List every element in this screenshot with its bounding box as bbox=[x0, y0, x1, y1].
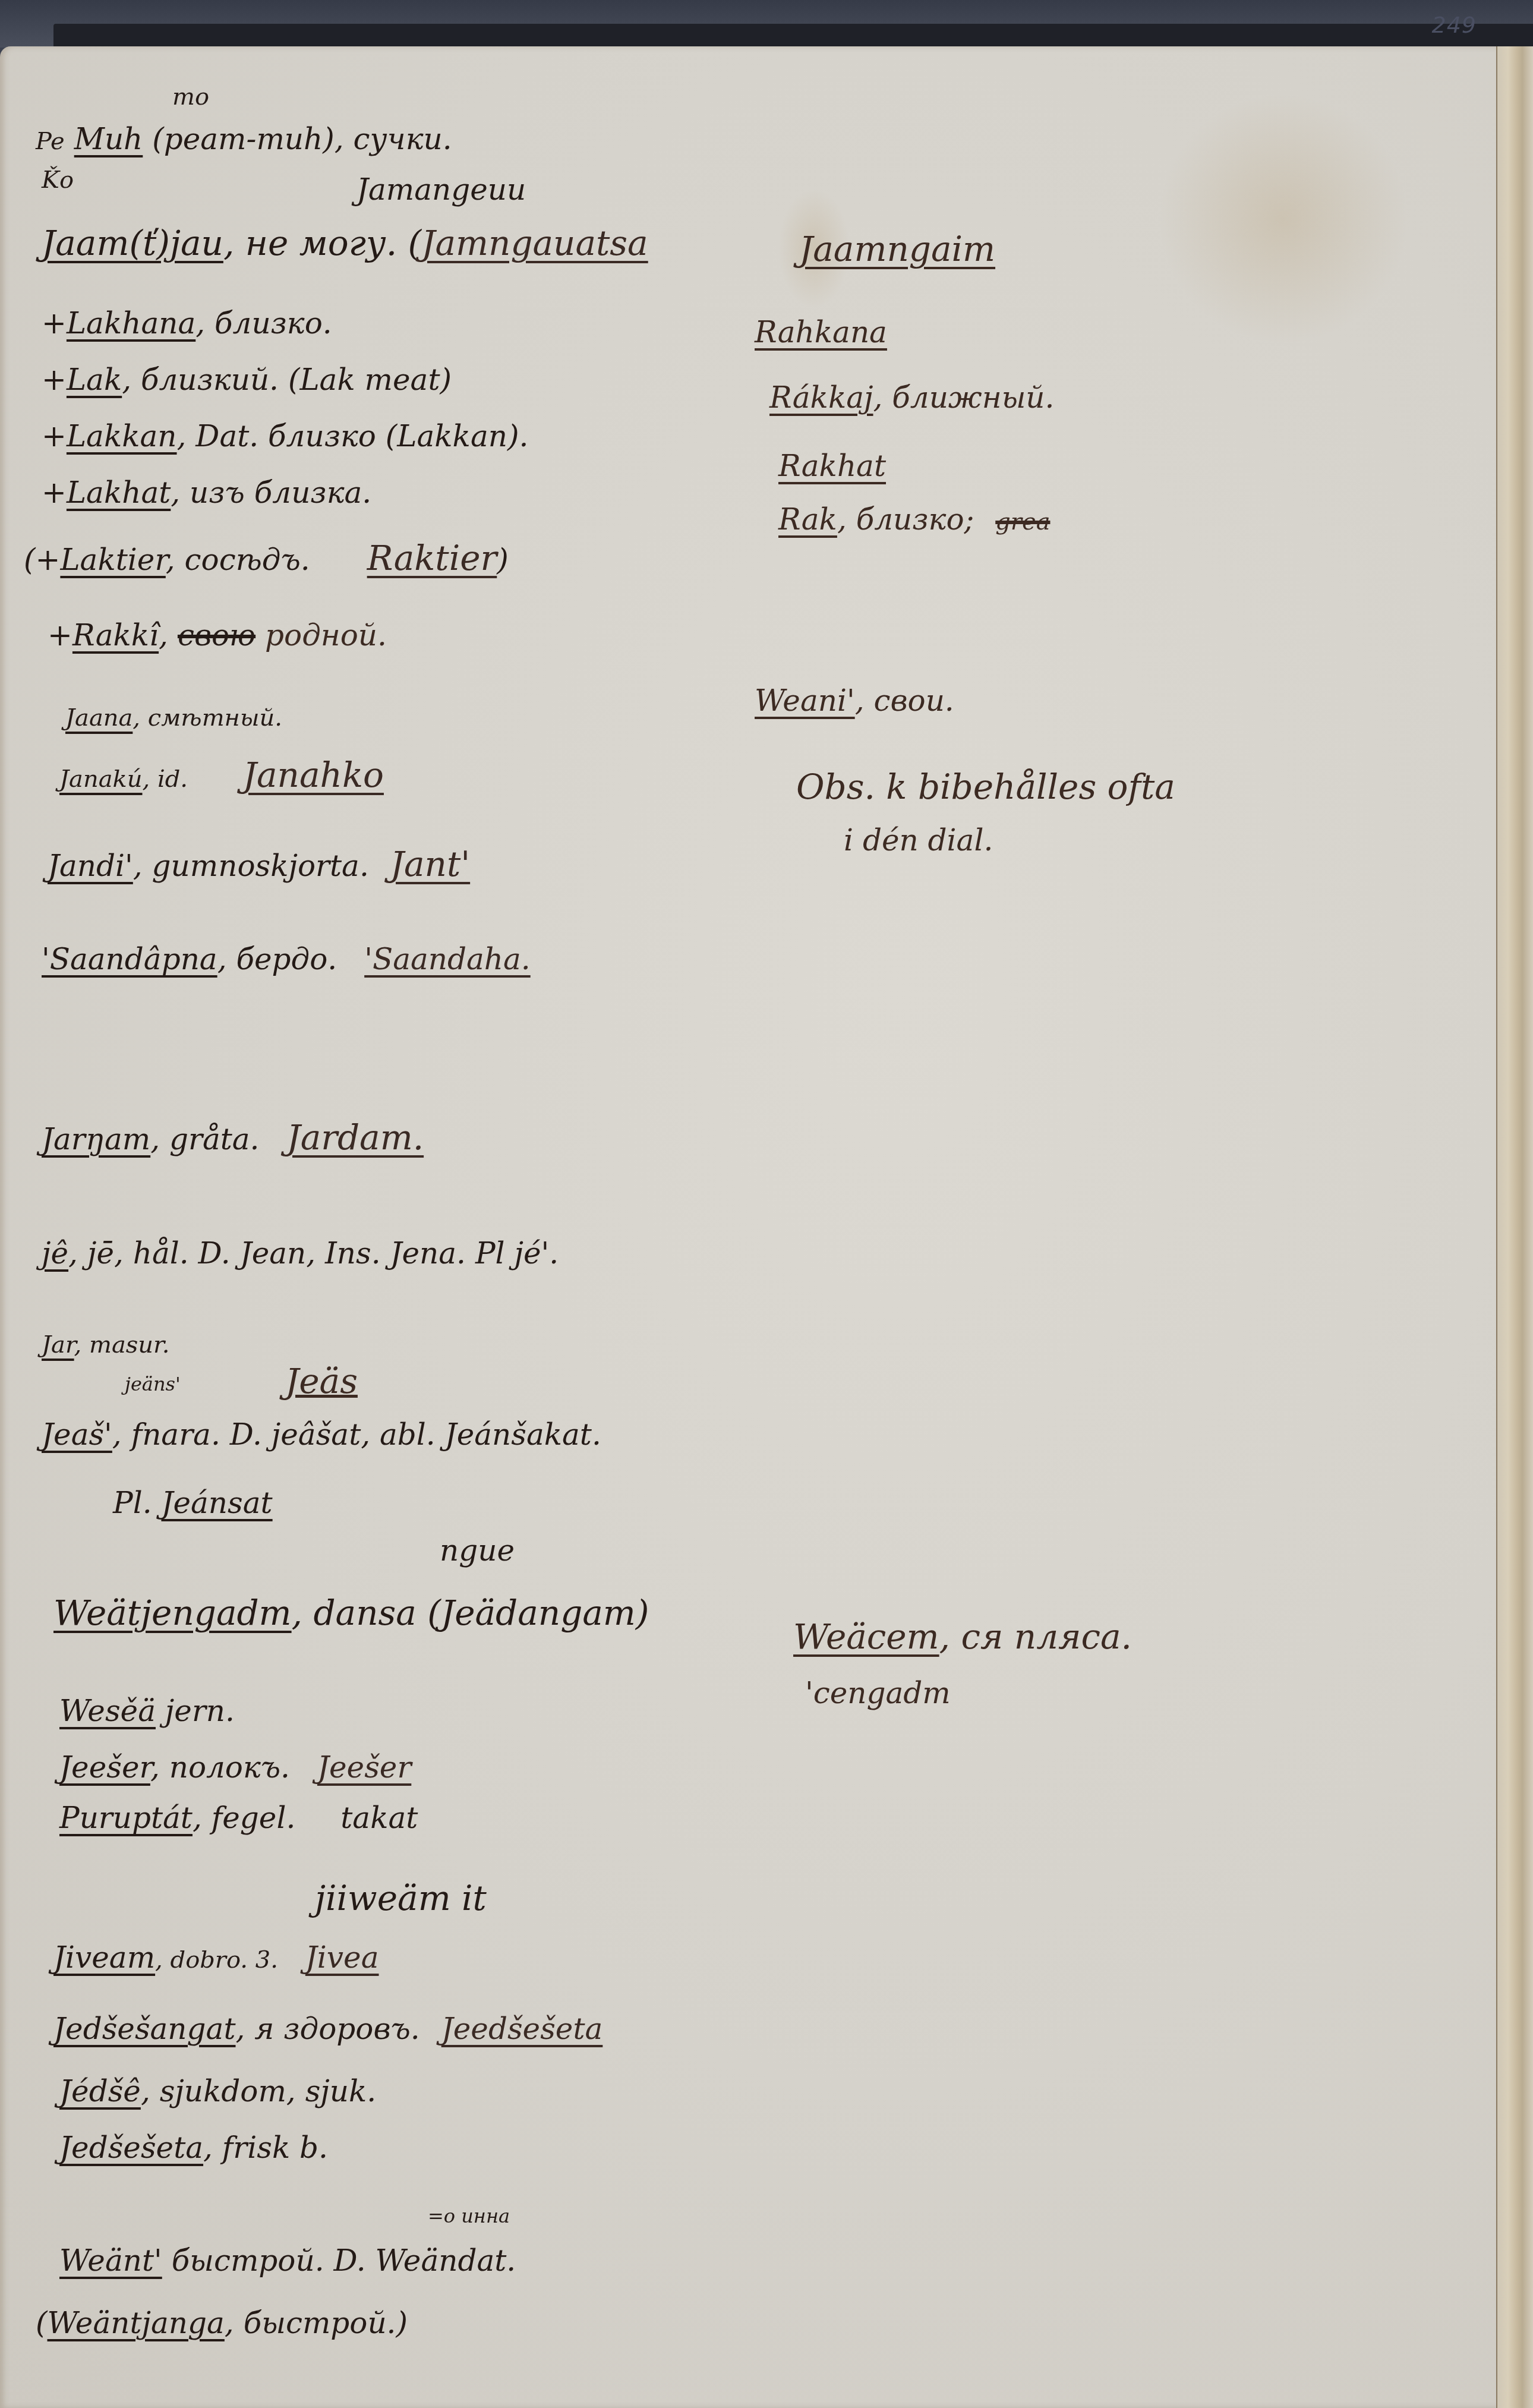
variant-form: Jamngauatsa bbox=[421, 223, 648, 263]
variant-form-above: Jeäs bbox=[285, 1361, 358, 1401]
gloss: , fnara. D. jeâšat, abl. Jeánšakat. bbox=[112, 1417, 601, 1452]
gloss: , gråta. bbox=[150, 1122, 259, 1156]
headword: Jeaš' bbox=[42, 1417, 112, 1452]
headword: Jedšešangat bbox=[53, 2012, 235, 2046]
entry-jiveam: Jiveam, dobro. 3. Jivea bbox=[53, 1940, 379, 1975]
variant-form: Jeedšešeta bbox=[441, 2012, 603, 2046]
right-entry-rakhat: Rakhat bbox=[778, 449, 886, 483]
headword: Rakhat bbox=[778, 449, 886, 483]
headword: Jedšešeta bbox=[59, 2130, 203, 2165]
gloss: , gumnoskjorta. bbox=[133, 849, 369, 883]
headword: Jandi' bbox=[48, 849, 133, 883]
gloss: , изъ близка. bbox=[171, 475, 371, 510]
headword: Jiveam bbox=[53, 1940, 155, 1975]
variant-form: Jeešer bbox=[317, 1750, 411, 1785]
entry-weantjanga: (Weäntjanga, быстрой.) bbox=[36, 2306, 408, 2340]
headword: Rak bbox=[778, 502, 837, 537]
headword: 'Saandâpna bbox=[42, 942, 217, 976]
paper-stain bbox=[1159, 94, 1408, 343]
entry-jandi: Jandi', gumnoskjorta. Jant' bbox=[48, 844, 470, 884]
entry-lak: +Lak, близкий. (Lak meat) bbox=[42, 363, 452, 397]
gloss: jern. bbox=[156, 1694, 235, 1728]
variant-form: Jardam. bbox=[286, 1117, 424, 1158]
gloss: родной. bbox=[255, 618, 387, 653]
variant-form: Janahko bbox=[243, 755, 384, 795]
headword: Muh bbox=[74, 122, 143, 156]
headword: Weänt' bbox=[59, 2243, 162, 2278]
margin-prefix-below: Ǩo bbox=[42, 166, 74, 194]
entry-jedse: Jédšê, sjukdom, sjuk. bbox=[59, 2074, 376, 2108]
manuscript-page bbox=[0, 46, 1497, 2408]
variant-form: takat bbox=[340, 1801, 418, 1835]
entry-wesea: Wesěä jern. bbox=[59, 1694, 235, 1728]
gloss: , dansa ( bbox=[292, 1593, 441, 1633]
gloss: , бердо. bbox=[217, 942, 337, 976]
interlinear-note: mo bbox=[172, 83, 209, 111]
entry-lakhat: +Lakhat, изъ близка. bbox=[42, 475, 371, 510]
entry-jedsesangat: Jedšešangat, я здоровъ. Jeedšešeta bbox=[53, 2012, 603, 2046]
marker: + bbox=[42, 475, 67, 510]
gloss: , frisk b. bbox=[203, 2130, 328, 2165]
headword: Jeešer bbox=[59, 1750, 150, 1785]
headword: Puruptát bbox=[59, 1801, 193, 1835]
right-entry-rakkaj: Rákkaj, ближный. bbox=[769, 380, 1054, 415]
headword: Jaana bbox=[65, 704, 133, 732]
gloss: , быстрой.) bbox=[225, 2306, 408, 2340]
marker: + bbox=[42, 363, 67, 397]
marker: ( bbox=[36, 2306, 48, 2340]
marker: (+ bbox=[24, 543, 60, 577]
headword: jê bbox=[42, 1236, 68, 1271]
struck-word: grea bbox=[995, 508, 1050, 535]
close-paren: ) bbox=[636, 1593, 649, 1633]
gloss: , не могу. ( bbox=[223, 223, 421, 263]
entry-lakkan: +Lakkan, Dat. близко (Lakkan). bbox=[42, 419, 528, 453]
gloss: , ближный. bbox=[873, 380, 1055, 415]
right-entry-jaamngaim: Jaamngaim bbox=[799, 229, 995, 269]
right-note-obs: Obs. k bibehålles ofta bbox=[796, 767, 1175, 807]
gloss: , dobro. 3. bbox=[155, 1946, 278, 1974]
gloss: , близко. bbox=[195, 306, 332, 341]
headword: Lakhana bbox=[67, 306, 195, 341]
entry-jedseseta: Jedšešeta, frisk b. bbox=[59, 2130, 328, 2165]
gloss: (peam-muh), сучки. bbox=[143, 122, 452, 156]
separator: , bbox=[159, 618, 178, 653]
entry-rakki: +Rakkî, свою родной. bbox=[48, 618, 387, 653]
page-number: 249 bbox=[1431, 12, 1477, 38]
entry-weant: Weänt' быстрой. D. Weändat. bbox=[59, 2243, 516, 2278]
interlinear-note: ngue bbox=[440, 1533, 515, 1568]
entry-jeeser: Jeešer, полокъ. Jeešer bbox=[59, 1750, 411, 1785]
struck-word: свою bbox=[178, 618, 255, 653]
interlinear-note: =о инна bbox=[428, 2205, 510, 2227]
entry-janaku: Janakú, id. Janahko bbox=[59, 755, 384, 795]
gloss: , я здоровъ. bbox=[235, 2012, 419, 2046]
variant-form: 'Saandaha. bbox=[364, 942, 531, 976]
marker: + bbox=[42, 419, 67, 453]
entry-je: jê, jē, hål. D. Jean, Ins. Jena. Pl jé'. bbox=[42, 1236, 559, 1271]
right-entry-rak: Rak, близко; grea bbox=[778, 502, 1050, 537]
headword: Weäcem bbox=[793, 1616, 939, 1657]
headword: Jédšê bbox=[59, 2074, 141, 2108]
interlinear-note: jiiweäm it bbox=[315, 1878, 487, 1918]
gloss: , смѣтный. bbox=[133, 704, 282, 732]
headword: Lakhat bbox=[67, 475, 171, 510]
entry-jaamtjau: Jaam(ť)jau, не могу. (Jamngauatsa bbox=[42, 223, 648, 263]
headword: Weäntjanga bbox=[48, 2306, 225, 2340]
gloss: , сосѣдъ. bbox=[166, 543, 310, 577]
close-paren: ) bbox=[497, 543, 509, 577]
note-line-2: i dén dial. bbox=[844, 823, 993, 858]
headword: Lak bbox=[67, 363, 122, 397]
entry-saandapna: 'Saandâpna, бердо. 'Saandaha. bbox=[42, 942, 531, 976]
right-entry-weacem: Weäcem, ся пляса. bbox=[793, 1616, 1132, 1657]
headword: Weani' bbox=[755, 683, 855, 718]
marker: + bbox=[42, 306, 67, 341]
interlinear-note: jeäns' bbox=[125, 1373, 181, 1395]
headword: Jar bbox=[42, 1331, 74, 1359]
entry-jar: Jar, masur. bbox=[42, 1331, 170, 1359]
marker: + bbox=[48, 618, 72, 653]
headword: Lakkan bbox=[67, 419, 177, 453]
gloss: , близко; bbox=[837, 502, 974, 537]
headword: Rákkaj bbox=[769, 380, 873, 415]
gloss: , полокъ. bbox=[150, 1750, 290, 1785]
right-entry-rahkana: Rahkana bbox=[755, 315, 887, 349]
interlinear-note: Jamangeuu bbox=[357, 172, 526, 207]
headword: Jaamngaim bbox=[799, 229, 995, 269]
headword: Jaam(ť)jau bbox=[42, 223, 223, 263]
variant-form: Raktier bbox=[367, 538, 497, 578]
right-entry-weacem-sub: 'cengadm bbox=[805, 1676, 951, 1710]
gloss: быстрой. D. Weändat. bbox=[162, 2243, 516, 2278]
entry-weatjengadm: Weätjengadm, dansa (Jeädangam) bbox=[53, 1593, 649, 1633]
gloss: , sjukdom, sjuk. bbox=[141, 2074, 376, 2108]
label: Pl. bbox=[113, 1486, 161, 1520]
gloss: , jē, hål. D. Jean, Ins. Jena. Pl jé'. bbox=[68, 1236, 559, 1271]
entry-puruptat: Puruptát, fegel. takat bbox=[59, 1801, 418, 1835]
headword: Jarŋam bbox=[42, 1122, 150, 1156]
gloss: , близкий. (Lak meat) bbox=[122, 363, 452, 397]
headword: Rahkana bbox=[755, 315, 887, 349]
variant-form: Jeädangam bbox=[441, 1593, 636, 1633]
headword: Jeánsat bbox=[161, 1486, 272, 1520]
margin-prefix: Pe bbox=[36, 128, 65, 155]
entry-jaana: Jaana, смѣтный. bbox=[65, 704, 282, 732]
headword: Wesěä bbox=[59, 1694, 156, 1728]
page-fore-edge bbox=[1496, 46, 1533, 2408]
entry-muh: Pe Muh (peam-muh), сучки. bbox=[36, 122, 452, 156]
variant-form: Jant' bbox=[390, 844, 470, 884]
variant-form: Jivea bbox=[305, 1940, 379, 1975]
gloss: , ся пляса. bbox=[939, 1616, 1132, 1657]
right-entry-weani: Weani', свои. bbox=[755, 683, 954, 718]
headword: Rakkî bbox=[72, 618, 159, 653]
headword: Laktier bbox=[60, 543, 165, 577]
entry-lakhana: +Lakhana, близко. bbox=[42, 306, 332, 341]
entry-jeas: Jeaš', fnara. D. jeâšat, abl. Jeánšakat. bbox=[42, 1417, 601, 1452]
sub-form: 'cengadm bbox=[805, 1676, 951, 1710]
entry-laktier: (+Laktier, сосѣдъ. Raktier) bbox=[24, 538, 509, 578]
gloss: , fegel. bbox=[193, 1801, 295, 1835]
headword: Weätjengadm bbox=[53, 1593, 292, 1633]
gloss: , свои. bbox=[855, 683, 954, 718]
gloss: , id. bbox=[143, 765, 188, 793]
note-line-1: Obs. k bibehålles ofta bbox=[796, 767, 1175, 807]
book-cover-edge bbox=[53, 24, 1533, 48]
gloss: , Dat. близко (Lakkan). bbox=[177, 419, 529, 453]
right-note-obs-line2: i dén dial. bbox=[844, 823, 993, 858]
entry-jeas-plural: Pl. Jeánsat bbox=[113, 1486, 273, 1520]
entry-jarnam: Jarŋam, gråta. Jardam. bbox=[42, 1117, 424, 1158]
headword: Janakú bbox=[59, 765, 143, 793]
gloss: , masur. bbox=[74, 1331, 170, 1359]
